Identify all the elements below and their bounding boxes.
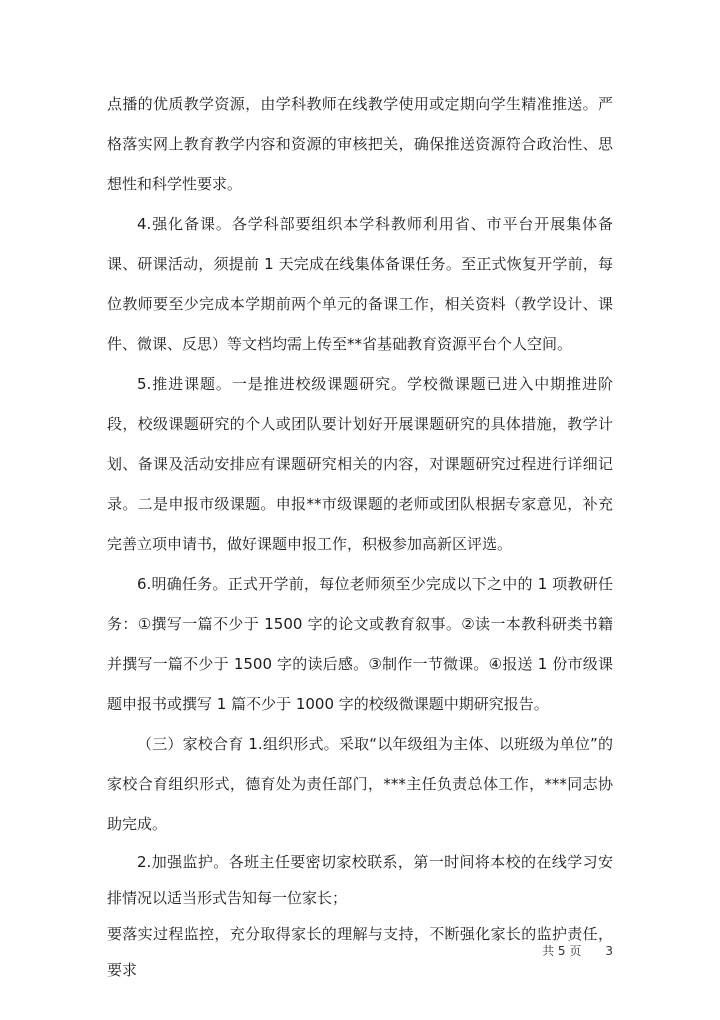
page-number-label: 3: [605, 944, 613, 958]
body-paragraph: 点播的优质教学资源，由学科教师在线教学使用或定期向学生精准推送。严格落实网上教育…: [107, 84, 613, 204]
body-paragraph: 5.推进课题。一是推进校级课题研究。学校微课题已进入中期推进阶段，校级课题研究的…: [107, 364, 613, 564]
body-paragraph: 6.明确任务。正式开学前，每位老师须至少完成以下之中的 1 项教研任务：①撰写一…: [107, 564, 613, 724]
document-page: 点播的优质教学资源，由学科教师在线教学使用或定期向学生精准推送。严格落实网上教育…: [0, 0, 720, 1020]
page-footer: 共 5 页 3: [107, 942, 613, 959]
document-body: 点播的优质教学资源，由学科教师在线教学使用或定期向学生精准推送。严格落实网上教育…: [107, 84, 613, 988]
total-pages-label: 共 5 页: [542, 942, 581, 959]
body-paragraph: 2.加强监护。各班主任要密切家校联系，第一时间将本校的在线学习安排情况以适当形式…: [107, 844, 613, 916]
body-paragraph: 4.强化备课。各学科部要组织本学科教师利用省、市平台开展集体备课、研课活动，须提…: [107, 204, 613, 364]
body-paragraph: （三）家校合育 1.组织形式。采取“以年级组为主体、以班级为单位”的家校合育组织…: [107, 724, 613, 844]
